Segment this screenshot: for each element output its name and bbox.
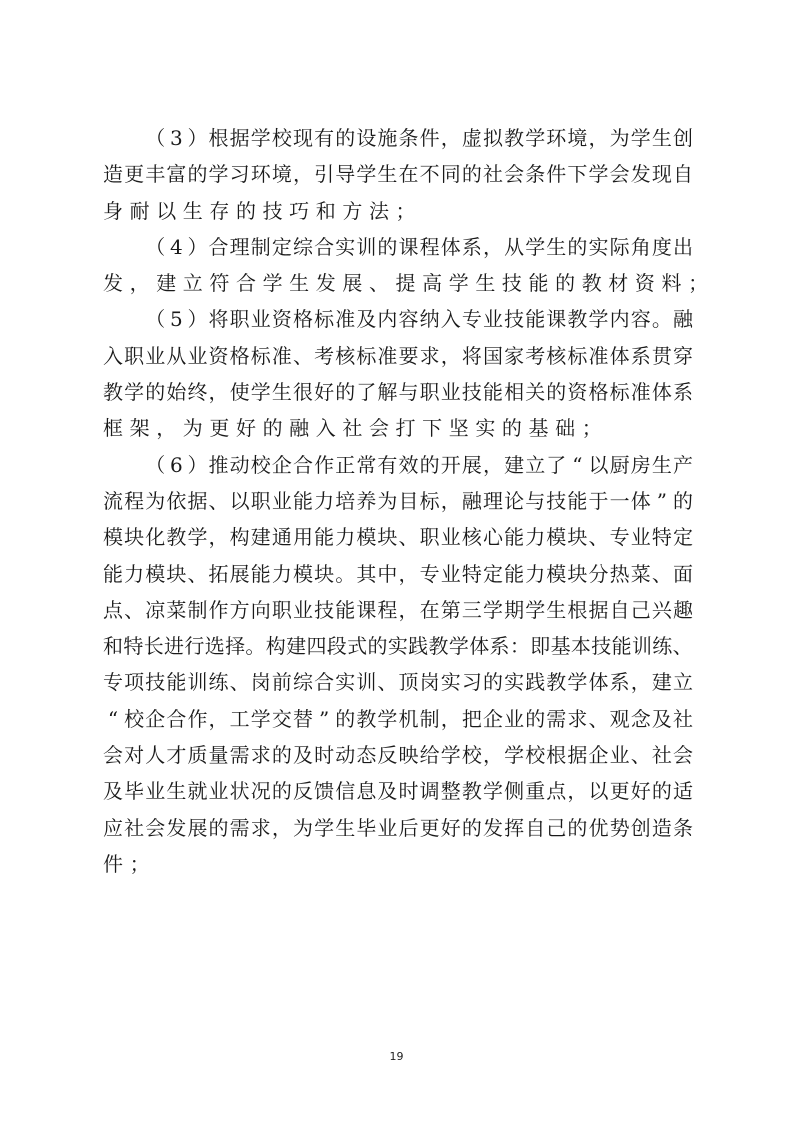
text-line: 应社会发展的需求，为学生毕业后更好的发挥自己的优势创造条 <box>103 810 693 846</box>
text-line: 教学的始终，使学生很好的了解与职业技能相关的资格标准体系 <box>103 374 693 410</box>
document-page: （3）根据学校现有的设施条件，虚拟教学环境，为学生创造更丰富的学习环境，引导学生… <box>0 0 793 1122</box>
text-line: 点、凉菜制作方向职业技能课程，在第三学期学生根据自己兴趣 <box>103 592 693 628</box>
text-line: 专项技能训练、岗前综合实训、顶岗实习的实践教学体系，建立 <box>103 664 693 700</box>
text-line: 模块化教学，构建通用能力模块、职业核心能力模块、专业特定 <box>103 519 693 555</box>
text-line: （4）合理制定综合实训的课程体系，从学生的实际角度出 <box>103 229 693 265</box>
page-number: 19 <box>0 1050 793 1063</box>
body-text: （3）根据学校现有的设施条件，虚拟教学环境，为学生创造更丰富的学习环境，引导学生… <box>103 120 693 882</box>
text-line: （3）根据学校现有的设施条件，虚拟教学环境，为学生创 <box>103 120 693 156</box>
text-line: 能力模块、拓展能力模块。其中，专业特定能力模块分热菜、面 <box>103 556 693 592</box>
text-line: （5）将职业资格标准及内容纳入专业技能课教学内容。融 <box>103 301 693 337</box>
text-line: 件； <box>103 846 693 882</box>
text-line: 和特长进行选择。构建四段式的实践教学体系：即基本技能训练、 <box>103 628 693 664</box>
text-line: 发，建立符合学生发展、提高学生技能的教材资料； <box>103 265 693 301</box>
text-line: 流程为依据、以职业能力培养为目标，融理论与技能于一体”的 <box>103 483 693 519</box>
text-line: 会对人才质量需求的及时动态反映给学校，学校根据企业、社会 <box>103 737 693 773</box>
text-line: 身耐以生存的技巧和方法； <box>103 193 693 229</box>
text-line: 入职业从业资格标准、考核标准要求，将国家考核标准体系贯穿 <box>103 338 693 374</box>
text-line: （6）推动校企合作正常有效的开展，建立了“以厨房生产 <box>103 447 693 483</box>
text-line: “校企合作，工学交替”的教学机制，把企业的需求、观念及社 <box>103 701 693 737</box>
text-line: 框架，为更好的融入社会打下坚实的基础； <box>103 410 693 446</box>
text-line: 造更丰富的学习环境，引导学生在不同的社会条件下学会发现自 <box>103 156 693 192</box>
text-line: 及毕业生就业状况的反馈信息及时调整教学侧重点，以更好的适 <box>103 773 693 809</box>
